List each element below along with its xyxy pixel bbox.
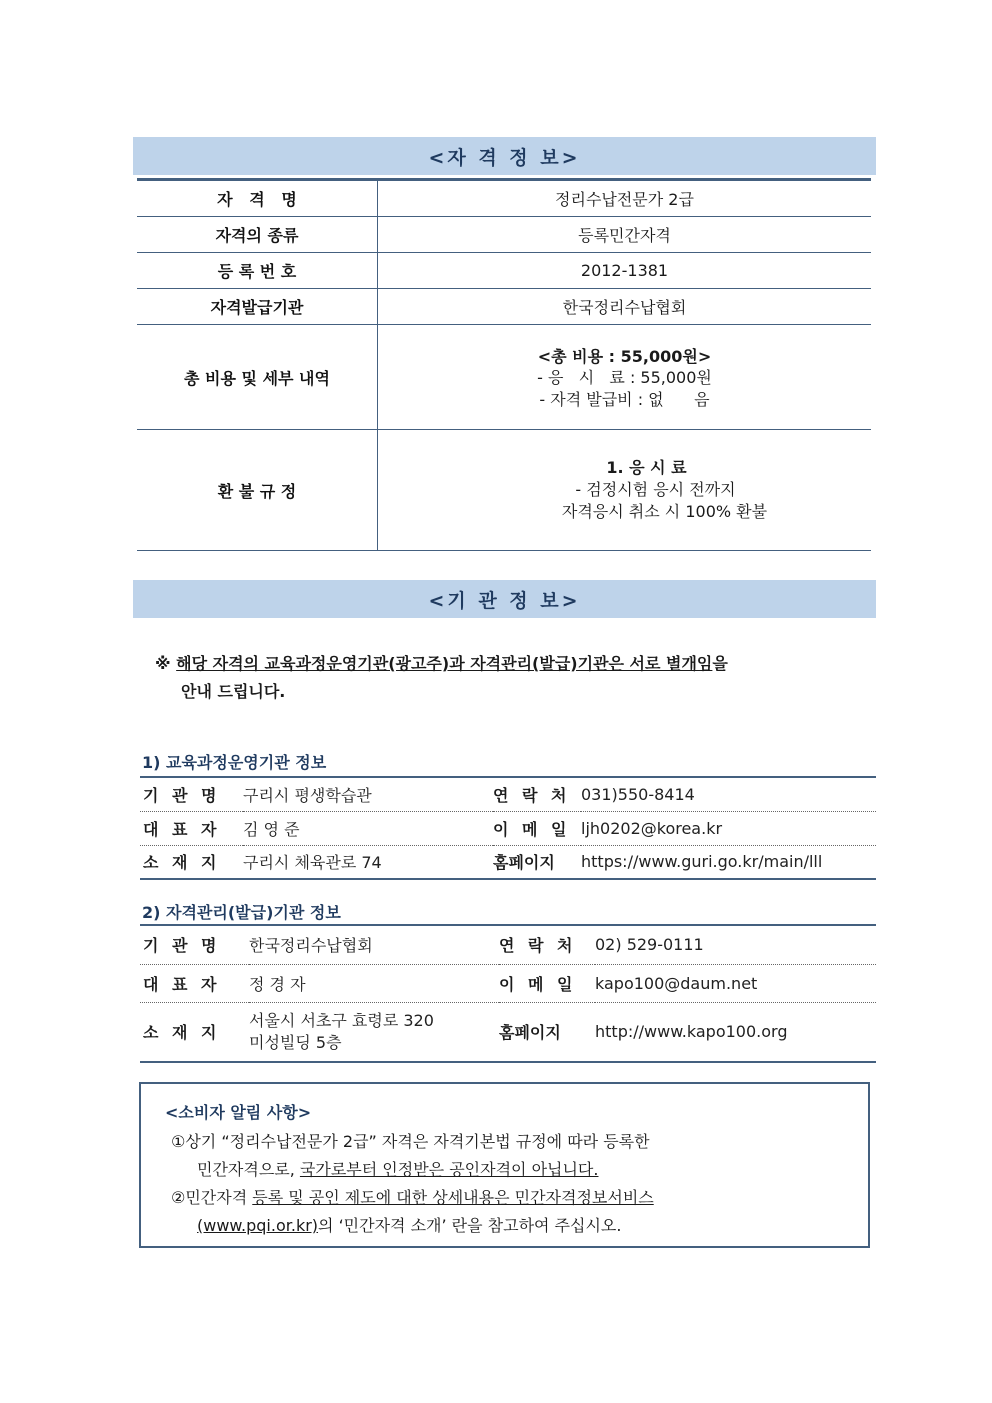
cost-detail: <총 비용 : 55,000원> - 응 시 료 : 55,000원 - 자격 …	[378, 325, 872, 430]
website-link[interactable]: http://www.kapo100.org	[595, 1002, 876, 1062]
contact-value: 02) 529-0111	[595, 925, 876, 964]
qualification-table: 자 격 명 정리수납전문가 2급 자격의 종류 등록민간자격 등 록 번 호 2…	[137, 178, 871, 551]
refund-label: 환 불 규 정	[137, 430, 378, 551]
qualification-info-banner: <자 격 정 보>	[133, 137, 876, 175]
web-label: 홈페이지	[499, 1002, 595, 1062]
notice-underlined-text: 등록 및 공인 제도에 대한 상세내용은 민간자격정보서비스	[252, 1188, 653, 1207]
email-link[interactable]: kapo100@daum.net	[595, 964, 876, 1002]
table-row: 자 격 명 정리수납전문가 2급	[137, 180, 871, 217]
total-cost: <총 비용 : 55,000원>	[378, 344, 871, 367]
banner-title: <자 격 정 보>	[428, 143, 580, 170]
table-row: 대 표 자 정 경 자 이 메 일 kapo100@daum.net	[140, 964, 876, 1002]
row-value: 한국정리수납협회	[378, 289, 872, 325]
website-link[interactable]: https://www.guri.go.kr/main/lll	[581, 845, 876, 879]
row-value: 정리수납전문가 2급	[378, 180, 872, 217]
table-row: 기 관 명 한국정리수납협회 연 락 처 02) 529-0111	[140, 925, 876, 964]
refund-line: - 검정시험 응시 전까지	[422, 479, 871, 501]
contact-label: 연 락 처	[493, 777, 581, 811]
banner-title: <기 관 정 보>	[428, 586, 580, 613]
issuing-org-table: 기 관 명 한국정리수납협회 연 락 처 02) 529-0111 대 표 자 …	[140, 924, 876, 1063]
name-label: 기 관 명	[140, 925, 249, 964]
row-label: 자격의 종류	[137, 217, 378, 253]
notice-line2: 안내 드립니다.	[155, 678, 855, 706]
rep-value: 정 경 자	[249, 964, 499, 1002]
notice-item-1: ①상기 “정리수납전문가 2급” 자격은 자격기본법 규정에 따라 등록한	[171, 1128, 861, 1156]
exam-fee: - 응 시 료 : 55,000원	[378, 367, 871, 389]
addr-value: 구리시 체육관로 74	[243, 845, 493, 879]
notice-text: ②민간자격	[171, 1188, 252, 1207]
addr-value: 서울시 서초구 효령로 320 미성빌딩 5층	[249, 1002, 499, 1062]
notice-item-1-cont: 민간자격으로, 국가로부터 인정받은 공인자격이 아닙니다.	[171, 1156, 861, 1184]
refund-detail: 1. 응 시 료 - 검정시험 응시 전까지 자격응시 취소 시 100% 환불	[378, 430, 872, 551]
contact-label: 연 락 처	[499, 925, 595, 964]
consumer-notice-title: <소비자 알림 사항>	[165, 1100, 311, 1123]
table-row: 대 표 자 김 영 준 이 메 일 ljh0202@korea.kr	[140, 811, 876, 845]
table-row: 기 관 명 구리시 평생학습관 연 락 처 031)550-8414	[140, 777, 876, 811]
addr-label: 소 재 지	[140, 1002, 249, 1062]
addr-line: 미성빌딩 5층	[249, 1032, 499, 1054]
addr-line: 서울시 서초구 효령로 320	[249, 1010, 499, 1032]
table-row: 자격의 종류 등록민간자격	[137, 217, 871, 253]
name-label: 기 관 명	[140, 777, 243, 811]
reference-mark-icon: ※	[155, 654, 171, 673]
education-org-heading: 1) 교육과정운영기관 정보	[142, 750, 326, 773]
table-row: 소 재 지 구리시 체육관로 74 홈페이지 https://www.guri.…	[140, 845, 876, 879]
rep-value: 김 영 준	[243, 811, 493, 845]
table-row: 자격발급기관 한국정리수납협회	[137, 289, 871, 325]
consumer-notice-box: <소비자 알림 사항> ①상기 “정리수납전문가 2급” 자격은 자격기본법 규…	[139, 1082, 870, 1248]
row-label: 등 록 번 호	[137, 253, 378, 289]
refund-title: 1. 응 시 료	[422, 457, 871, 479]
org-name: 구리시 평생학습관	[243, 777, 493, 811]
refund-line: 자격응시 취소 시 100% 환불	[422, 501, 871, 523]
row-label: 자 격 명	[137, 180, 378, 217]
web-label: 홈페이지	[493, 845, 581, 879]
row-value: 등록민간자격	[378, 217, 872, 253]
rep-label: 대 표 자	[140, 811, 243, 845]
notice-text: 의 ‘민간자격 소개’ 란을 참고하여 주십시오.	[318, 1216, 621, 1235]
row-label: 자격발급기관	[137, 289, 378, 325]
education-org-table: 기 관 명 구리시 평생학습관 연 락 처 031)550-8414 대 표 자…	[140, 776, 876, 880]
notice-item-2: ②민간자격 등록 및 공인 제도에 대한 상세내용은 민간자격정보서비스	[171, 1184, 861, 1212]
row-value: 2012-1381	[378, 253, 872, 289]
email-label: 이 메 일	[493, 811, 581, 845]
org-name: 한국정리수납협회	[249, 925, 499, 964]
contact-value: 031)550-8414	[581, 777, 876, 811]
addr-label: 소 재 지	[140, 845, 243, 879]
separate-institution-notice: ※ 해당 자격의 교육과정운영기관(광고주)과 자격관리(발급)기관은 서로 별…	[155, 650, 855, 706]
notice-text: 민간자격으로,	[197, 1160, 300, 1179]
email-link[interactable]: ljh0202@korea.kr	[581, 811, 876, 845]
notice-tail: 을	[712, 654, 727, 673]
cost-label: 총 비용 및 세부 내역	[137, 325, 378, 430]
pqi-link[interactable]: (www.pqi.or.kr)	[197, 1216, 318, 1235]
refund-row: 환 불 규 정 1. 응 시 료 - 검정시험 응시 전까지 자격응시 취소 시…	[137, 430, 871, 551]
cost-row: 총 비용 및 세부 내역 <총 비용 : 55,000원> - 응 시 료 : …	[137, 325, 871, 430]
issuing-org-heading: 2) 자격관리(발급)기관 정보	[142, 900, 341, 923]
notice-underlined-text: 국가로부터 인정받은 공인자격이 아닙니다.	[300, 1160, 599, 1179]
table-row: 등 록 번 호 2012-1381	[137, 253, 871, 289]
notice-text: 해당 자격의 교육과정운영기관(광고주)과 자격관리(발급)기관은 서로 별개임	[176, 654, 712, 673]
notice-item-2-cont: (www.pqi.or.kr)의 ‘민간자격 소개’ 란을 참고하여 주십시오.	[171, 1212, 861, 1240]
rep-label: 대 표 자	[140, 964, 249, 1002]
consumer-notice-body: ①상기 “정리수납전문가 2급” 자격은 자격기본법 규정에 따라 등록한 민간…	[171, 1128, 861, 1240]
issue-fee: - 자격 발급비 : 없 음	[378, 389, 871, 411]
email-label: 이 메 일	[499, 964, 595, 1002]
institution-info-banner: <기 관 정 보>	[133, 580, 876, 618]
table-row: 소 재 지 서울시 서초구 효령로 320 미성빌딩 5층 홈페이지 http:…	[140, 1002, 876, 1062]
